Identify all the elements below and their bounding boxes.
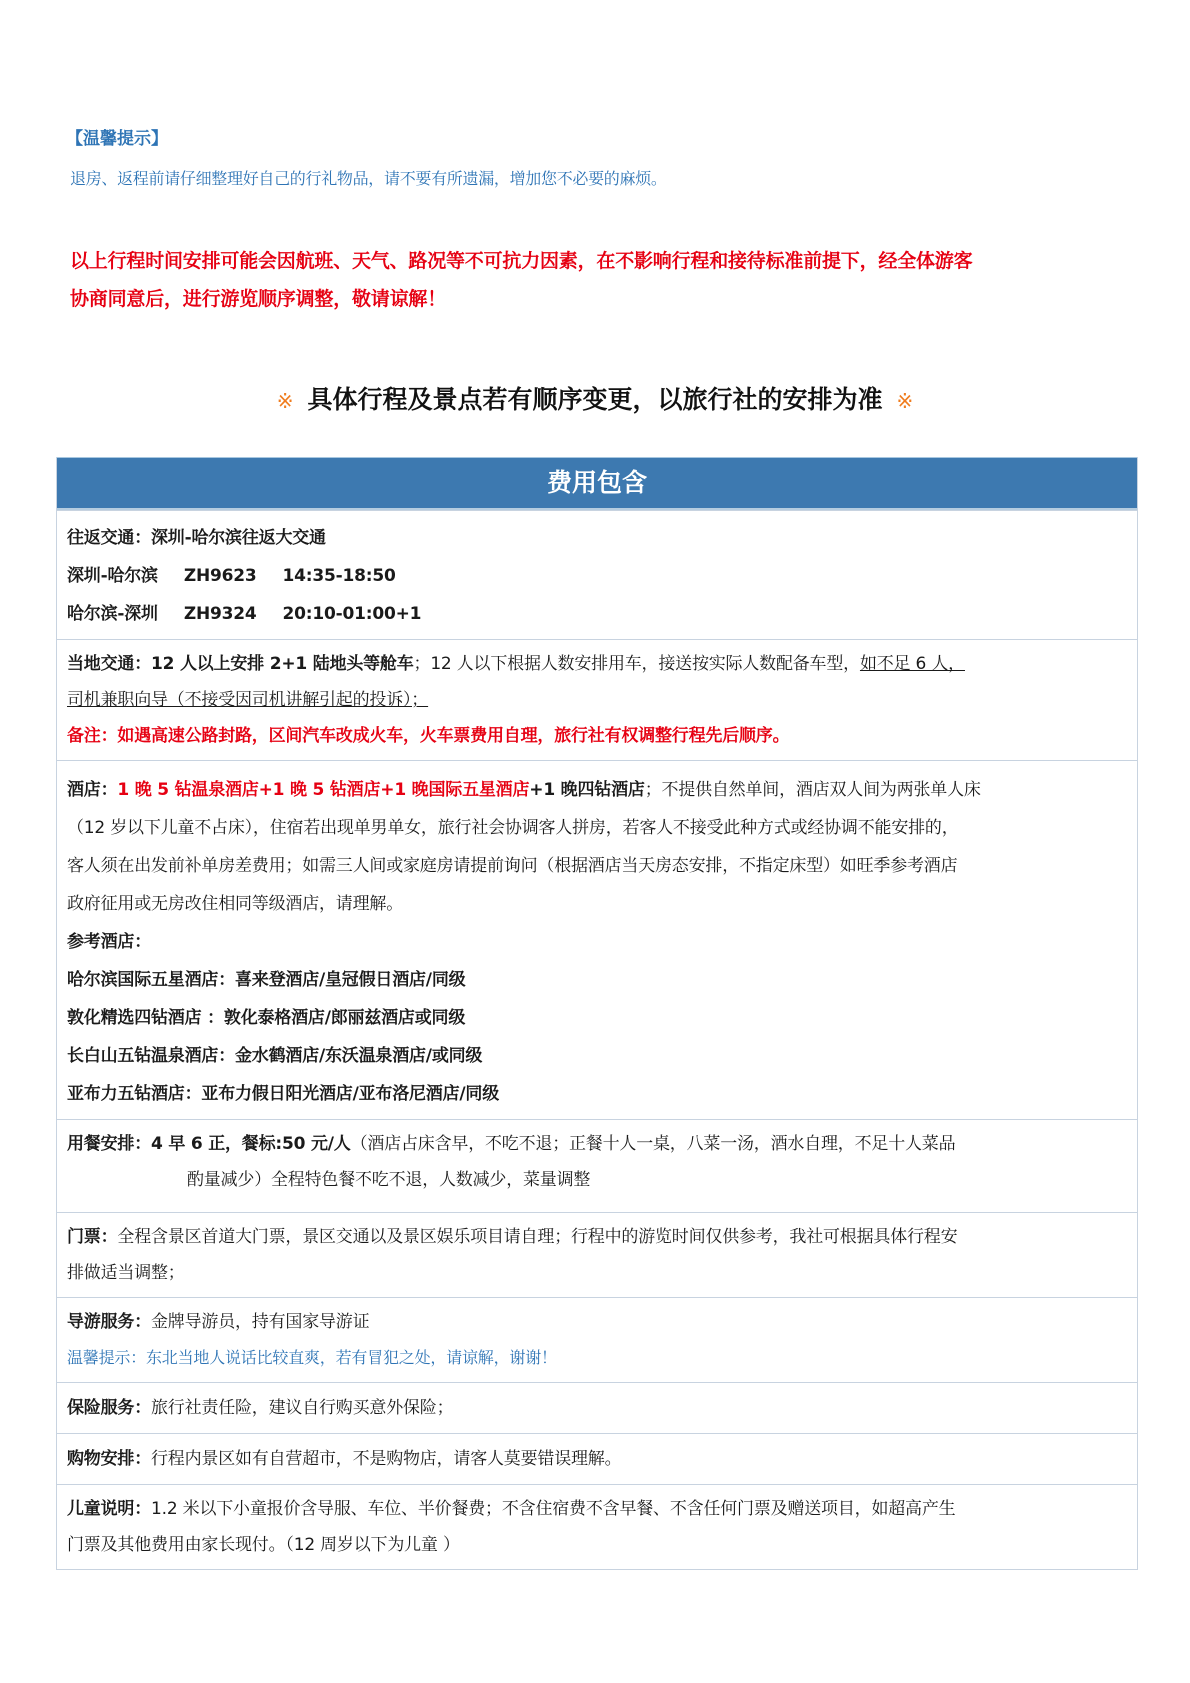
transport-value: 深圳-哈尔滨往返大交通: [151, 528, 326, 548]
reference-mark-icon: ※: [277, 389, 294, 413]
row-meals: 用餐安排：4 早 6 正，餐标:50 元/人（酒店占床含早，不吃不退；正餐十人一…: [57, 1119, 1137, 1212]
hotel-bold-value: +1 晚四钻酒店: [529, 780, 644, 800]
tickets-label: 门票：: [67, 1227, 117, 1247]
tips-body: 退房、返程前请仔细整理好自己的行礼物品，请不要有所遗漏，增加您不必要的麻烦。: [70, 166, 667, 189]
transport-label: 往返交通：: [67, 528, 151, 548]
reference-mark-icon: ※: [897, 389, 914, 413]
flight-number: ZH9623: [184, 566, 257, 586]
hotel-label: 酒店：: [67, 780, 117, 800]
local-transport-bold: 12 人以上安排 2+1 陆地头等舱车: [151, 654, 414, 674]
fee-table: 费用包含 往返交通：深圳-哈尔滨往返大交通 深圳-哈尔滨ZH962314:35-…: [56, 457, 1138, 1570]
reference-hotel: 长白山五钻温泉酒店：金水鹤酒店/东沃温泉酒店/或同级: [67, 1037, 1127, 1075]
fee-table-header: 费用包含: [57, 457, 1137, 510]
flight-route: 深圳-哈尔滨: [67, 566, 158, 586]
tickets-line-2: 排做适当调整；: [67, 1255, 1127, 1291]
reference-hotel: 敦化精选四钻酒店 ：敦化泰格酒店/郎丽兹酒店或同级: [67, 999, 1127, 1037]
reference-hotel: 哈尔滨国际五星酒店：喜来登酒店/皇冠假日酒店/同级: [67, 961, 1127, 999]
local-transport-underlined: 如不足 6 人，: [860, 654, 965, 674]
hotel-line-1-rest: ；不提供自然单间，酒店双人间为两张单人床: [645, 780, 981, 800]
insurance-label: 保险服务：: [67, 1398, 151, 1418]
guide-value: 金牌导游员，持有国家导游证: [151, 1312, 369, 1332]
row-local-transport: 当地交通：12 人以上安排 2+1 陆地头等舱车；12 人以下根据人数安排用车，…: [57, 639, 1137, 760]
row-children: 儿童说明：1.2 米以下小童报价含导服、车位、半价餐费；不含住宿费不含早餐、不含…: [57, 1484, 1137, 1569]
shopping-label: 购物安排：: [67, 1449, 151, 1469]
tickets-line-1: 全程含景区首道大门票，景区交通以及景区娱乐项目请自理；行程中的游览时间仅供参考，…: [117, 1227, 957, 1247]
guide-label: 导游服务：: [67, 1312, 151, 1332]
schedule-notice-line-1: 以上行程时间安排可能会因航班、天气、路况等不可抗力因素，在不影响行程和接待标准前…: [70, 242, 1140, 280]
flight-return: 哈尔滨-深圳ZH932420:10-01:00+1: [67, 595, 1127, 633]
flight-number: ZH9324: [184, 604, 257, 624]
reference-hotels-title: 参考酒店：: [67, 923, 1127, 961]
meals-line-1-rest: （酒店占床含早，不吃不退；正餐十人一桌，八菜一汤，酒水自理，不足十人菜品: [351, 1134, 956, 1154]
children-line-1: 1.2 米以下小童报价含导服、车位、半价餐费；不含住宿费不含早餐、不含任何门票及…: [151, 1499, 955, 1519]
local-transport-underlined-2: 司机兼职向导（不接受因司机讲解引起的投诉）；: [67, 690, 428, 710]
insurance-value: 旅行社责任险，建议自行购买意外保险；: [151, 1398, 453, 1418]
hotel-line-4: 政府征用或无房改住相同等级酒店，请理解。: [67, 885, 1127, 923]
children-label: 儿童说明：: [67, 1499, 151, 1519]
banner-text: 具体行程及景点若有顺序变更，以旅行社的安排为准: [307, 385, 882, 414]
flight-outbound: 深圳-哈尔滨ZH962314:35-18:50: [67, 557, 1127, 595]
row-tickets: 门票：全程含景区首道大门票，景区交通以及景区娱乐项目请自理；行程中的游览时间仅供…: [57, 1212, 1137, 1297]
row-shopping: 购物安排：行程内景区如有自营超市，不是购物店，请客人莫要错误理解。: [57, 1433, 1137, 1484]
reference-hotel: 亚布力五钻酒店：亚布力假日阳光酒店/亚布洛尼酒店/同级: [67, 1075, 1127, 1113]
schedule-notice-line-2: 协商同意后，进行游览顺序调整，敬请谅解！: [70, 280, 1140, 318]
flight-route: 哈尔滨-深圳: [67, 604, 158, 624]
hotel-line-3: 客人须在出发前补单房差费用；如需三人间或家庭房请提前询问（根据酒店当天房态安排，…: [67, 847, 1127, 885]
row-guide: 导游服务：金牌导游员，持有国家导游证 温馨提示：东北当地人说话比较直爽，若有冒犯…: [57, 1297, 1137, 1382]
meals-label: 用餐安排：: [67, 1134, 151, 1154]
tips-title: 【温馨提示】: [66, 124, 168, 149]
flight-time: 14:35-18:50: [283, 566, 396, 586]
hotel-red-value: 1 晚 5 钻温泉酒店+1 晚 5 钻酒店+1 晚国际五星酒店: [117, 780, 529, 800]
guide-tip: 温馨提示：东北当地人说话比较直爽，若有冒犯之处，请谅解，谢谢！: [67, 1340, 1127, 1376]
shopping-value: 行程内景区如有自营超市，不是购物店，请客人莫要错误理解。: [151, 1449, 621, 1469]
flight-time: 20:10-01:00+1: [283, 604, 422, 624]
local-transport-label: 当地交通：: [67, 654, 151, 674]
schedule-notice: 以上行程时间安排可能会因航班、天气、路况等不可抗力因素，在不影响行程和接待标准前…: [70, 242, 1140, 318]
children-line-2: 门票及其他费用由家长现付。（12 周岁以下为儿童 ）: [67, 1527, 1127, 1563]
hotel-line-2: （12 岁以下儿童不占床），住宿若出现单男单女，旅行社会协调客人拼房，若客人不接…: [67, 809, 1127, 847]
meals-bold-value: 4 早 6 正，餐标:50 元/人: [151, 1134, 351, 1154]
itinerary-banner: ※具体行程及景点若有顺序变更，以旅行社的安排为准※: [0, 380, 1190, 416]
row-hotel: 酒店：1 晚 5 钻温泉酒店+1 晚 5 钻酒店+1 晚国际五星酒店+1 晚四钻…: [57, 760, 1137, 1119]
row-round-trip-transport: 往返交通：深圳-哈尔滨往返大交通 深圳-哈尔滨ZH962314:35-18:50…: [57, 510, 1137, 639]
local-transport-remark: 备注：如遇高速公路封路，区间汽车改成火车，火车票费用自理，旅行社有权调整行程先后…: [67, 718, 1127, 754]
meals-line-2: 酌量减少）全程特色餐不吃不退，人数减少，菜量调整: [67, 1162, 1127, 1198]
local-transport-text: ；12 人以下根据人数安排用车，接送按实际人数配备车型，: [414, 654, 860, 674]
row-insurance: 保险服务：旅行社责任险，建议自行购买意外保险；: [57, 1382, 1137, 1433]
